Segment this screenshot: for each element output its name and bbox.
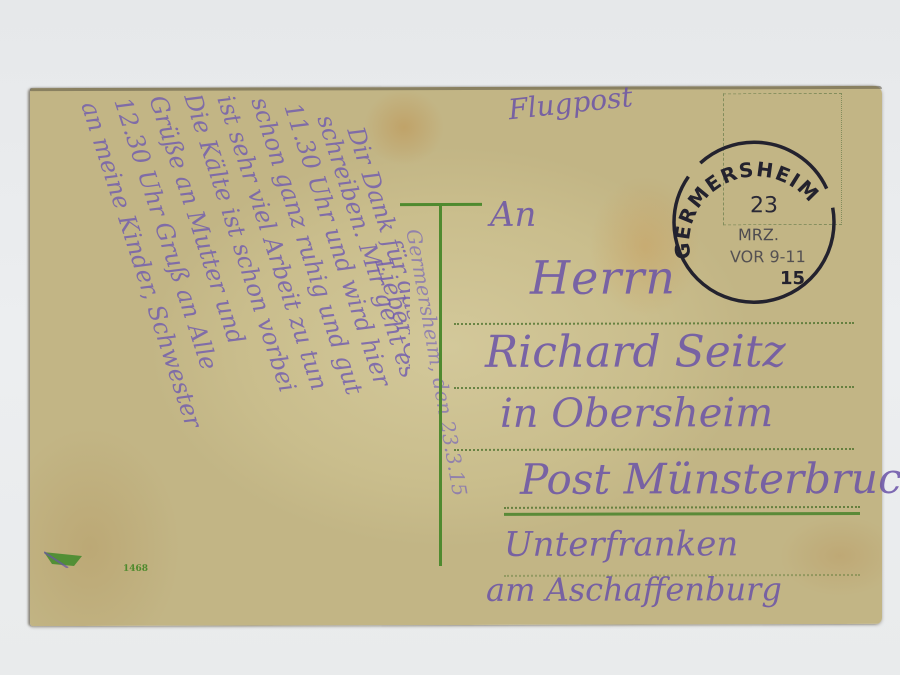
address-underline — [504, 512, 860, 516]
divider-line — [439, 204, 442, 566]
postmark-year: 15 — [780, 268, 805, 289]
address-district: am Aschaffenburg — [486, 570, 782, 609]
postmark-time: VOR 9-11 — [730, 247, 806, 266]
postmark-month: MRZ. — [738, 225, 779, 244]
address-name: Richard Seitz — [485, 326, 786, 378]
address-line — [454, 448, 854, 451]
publisher-number: 1468 — [123, 564, 148, 574]
annotation-flugpost: Flugpost — [507, 80, 635, 126]
postcard: an meine Kinder, Schwester 12.30 Uhr Gru… — [30, 86, 882, 626]
address-line — [504, 506, 860, 509]
svg-text:GERMERSHEIM: GERMERSHEIM — [670, 157, 825, 260]
postmark-town: GERMERSHEIM — [670, 157, 825, 260]
postmark-stamp: GERMERSHEIM 23 MRZ. VOR 9-11 15 — [662, 134, 842, 310]
message-date: Germersheim, den 23.3.15 — [401, 227, 472, 498]
address-salutation: An — [490, 195, 536, 235]
address-region: Unterfranken — [504, 524, 738, 565]
address-town: in Obersheim — [500, 390, 773, 437]
postmark-day: 23 — [750, 193, 778, 218]
address-title: Herrn — [530, 250, 676, 304]
message-area: an meine Kinder, Schwester 12.30 Uhr Gru… — [40, 95, 410, 621]
publisher-logo-icon — [44, 550, 82, 568]
address-line — [454, 386, 854, 389]
address-post: Post Münsterbruck — [520, 454, 900, 504]
address-line — [454, 322, 854, 325]
